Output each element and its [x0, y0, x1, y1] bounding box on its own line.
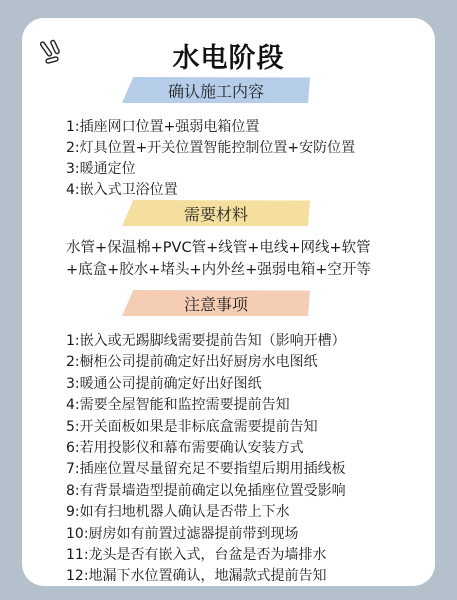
list-item: 1:插座网口位置+强弱电箱位置 — [66, 117, 355, 138]
list-item: 9:如有扫地机器人确认是否带上下水 — [66, 502, 346, 523]
list-item: 3:暖通公司提前确定好出好图纸 — [66, 374, 346, 395]
list-item: 4:嵌入式卫浴位置 — [66, 180, 355, 201]
section-list-materials: 水管+保温棉+PVC管+线管+电线+网线+软管 +底盒+胶水+堵头+内外丝+强弱… — [66, 237, 371, 281]
list-item: 2:橱柜公司提前确定好出好厨房水电图纸 — [66, 352, 346, 373]
list-item: +底盒+胶水+堵头+内外丝+强弱电箱+空开等 — [66, 259, 371, 281]
list-item: 5:开关面板如果是非标底盒需要提前告知 — [66, 417, 346, 438]
section-list-confirm: 1:插座网口位置+强弱电箱位置 2:灯具位置+开关位置智能控制位置+安防位置 3… — [66, 117, 355, 201]
list-item: 12:地漏下水位置确认，地漏款式提前告知 — [66, 566, 346, 587]
list-item: 7:插座位置尽量留充足不要指望后期用插线板 — [66, 459, 346, 480]
list-item: 水管+保温棉+PVC管+线管+电线+网线+软管 — [66, 237, 371, 259]
list-item: 4:需要全屋智能和监控需要提前告知 — [66, 395, 346, 416]
page-title: 水电阶段 — [0, 36, 457, 75]
list-item: 11:龙头是否有嵌入式，台盆是否为墙排水 — [66, 545, 346, 566]
section-heading-materials: 需要材料 — [122, 200, 310, 226]
list-item: 6:若用投影仪和幕布需要确认安装方式 — [66, 438, 346, 459]
section-list-notes: 1:嵌入或无踢脚线需要提前告知（影响开槽） 2:橱柜公司提前确定好出好厨房水电图… — [66, 331, 346, 588]
list-item: 10:厨房如有前置过滤器提前带到现场 — [66, 524, 346, 545]
list-item: 2:灯具位置+开关位置智能控制位置+安防位置 — [66, 138, 355, 159]
list-item: 1:嵌入或无踢脚线需要提前告知（影响开槽） — [66, 331, 346, 352]
section-heading-confirm: 确认施工内容 — [122, 77, 310, 103]
list-item: 8:有背景墙造型提前确定以免插座位置受影响 — [66, 481, 346, 502]
list-item: 3:暖通定位 — [66, 159, 355, 180]
section-heading-notes: 注意事项 — [122, 290, 310, 316]
